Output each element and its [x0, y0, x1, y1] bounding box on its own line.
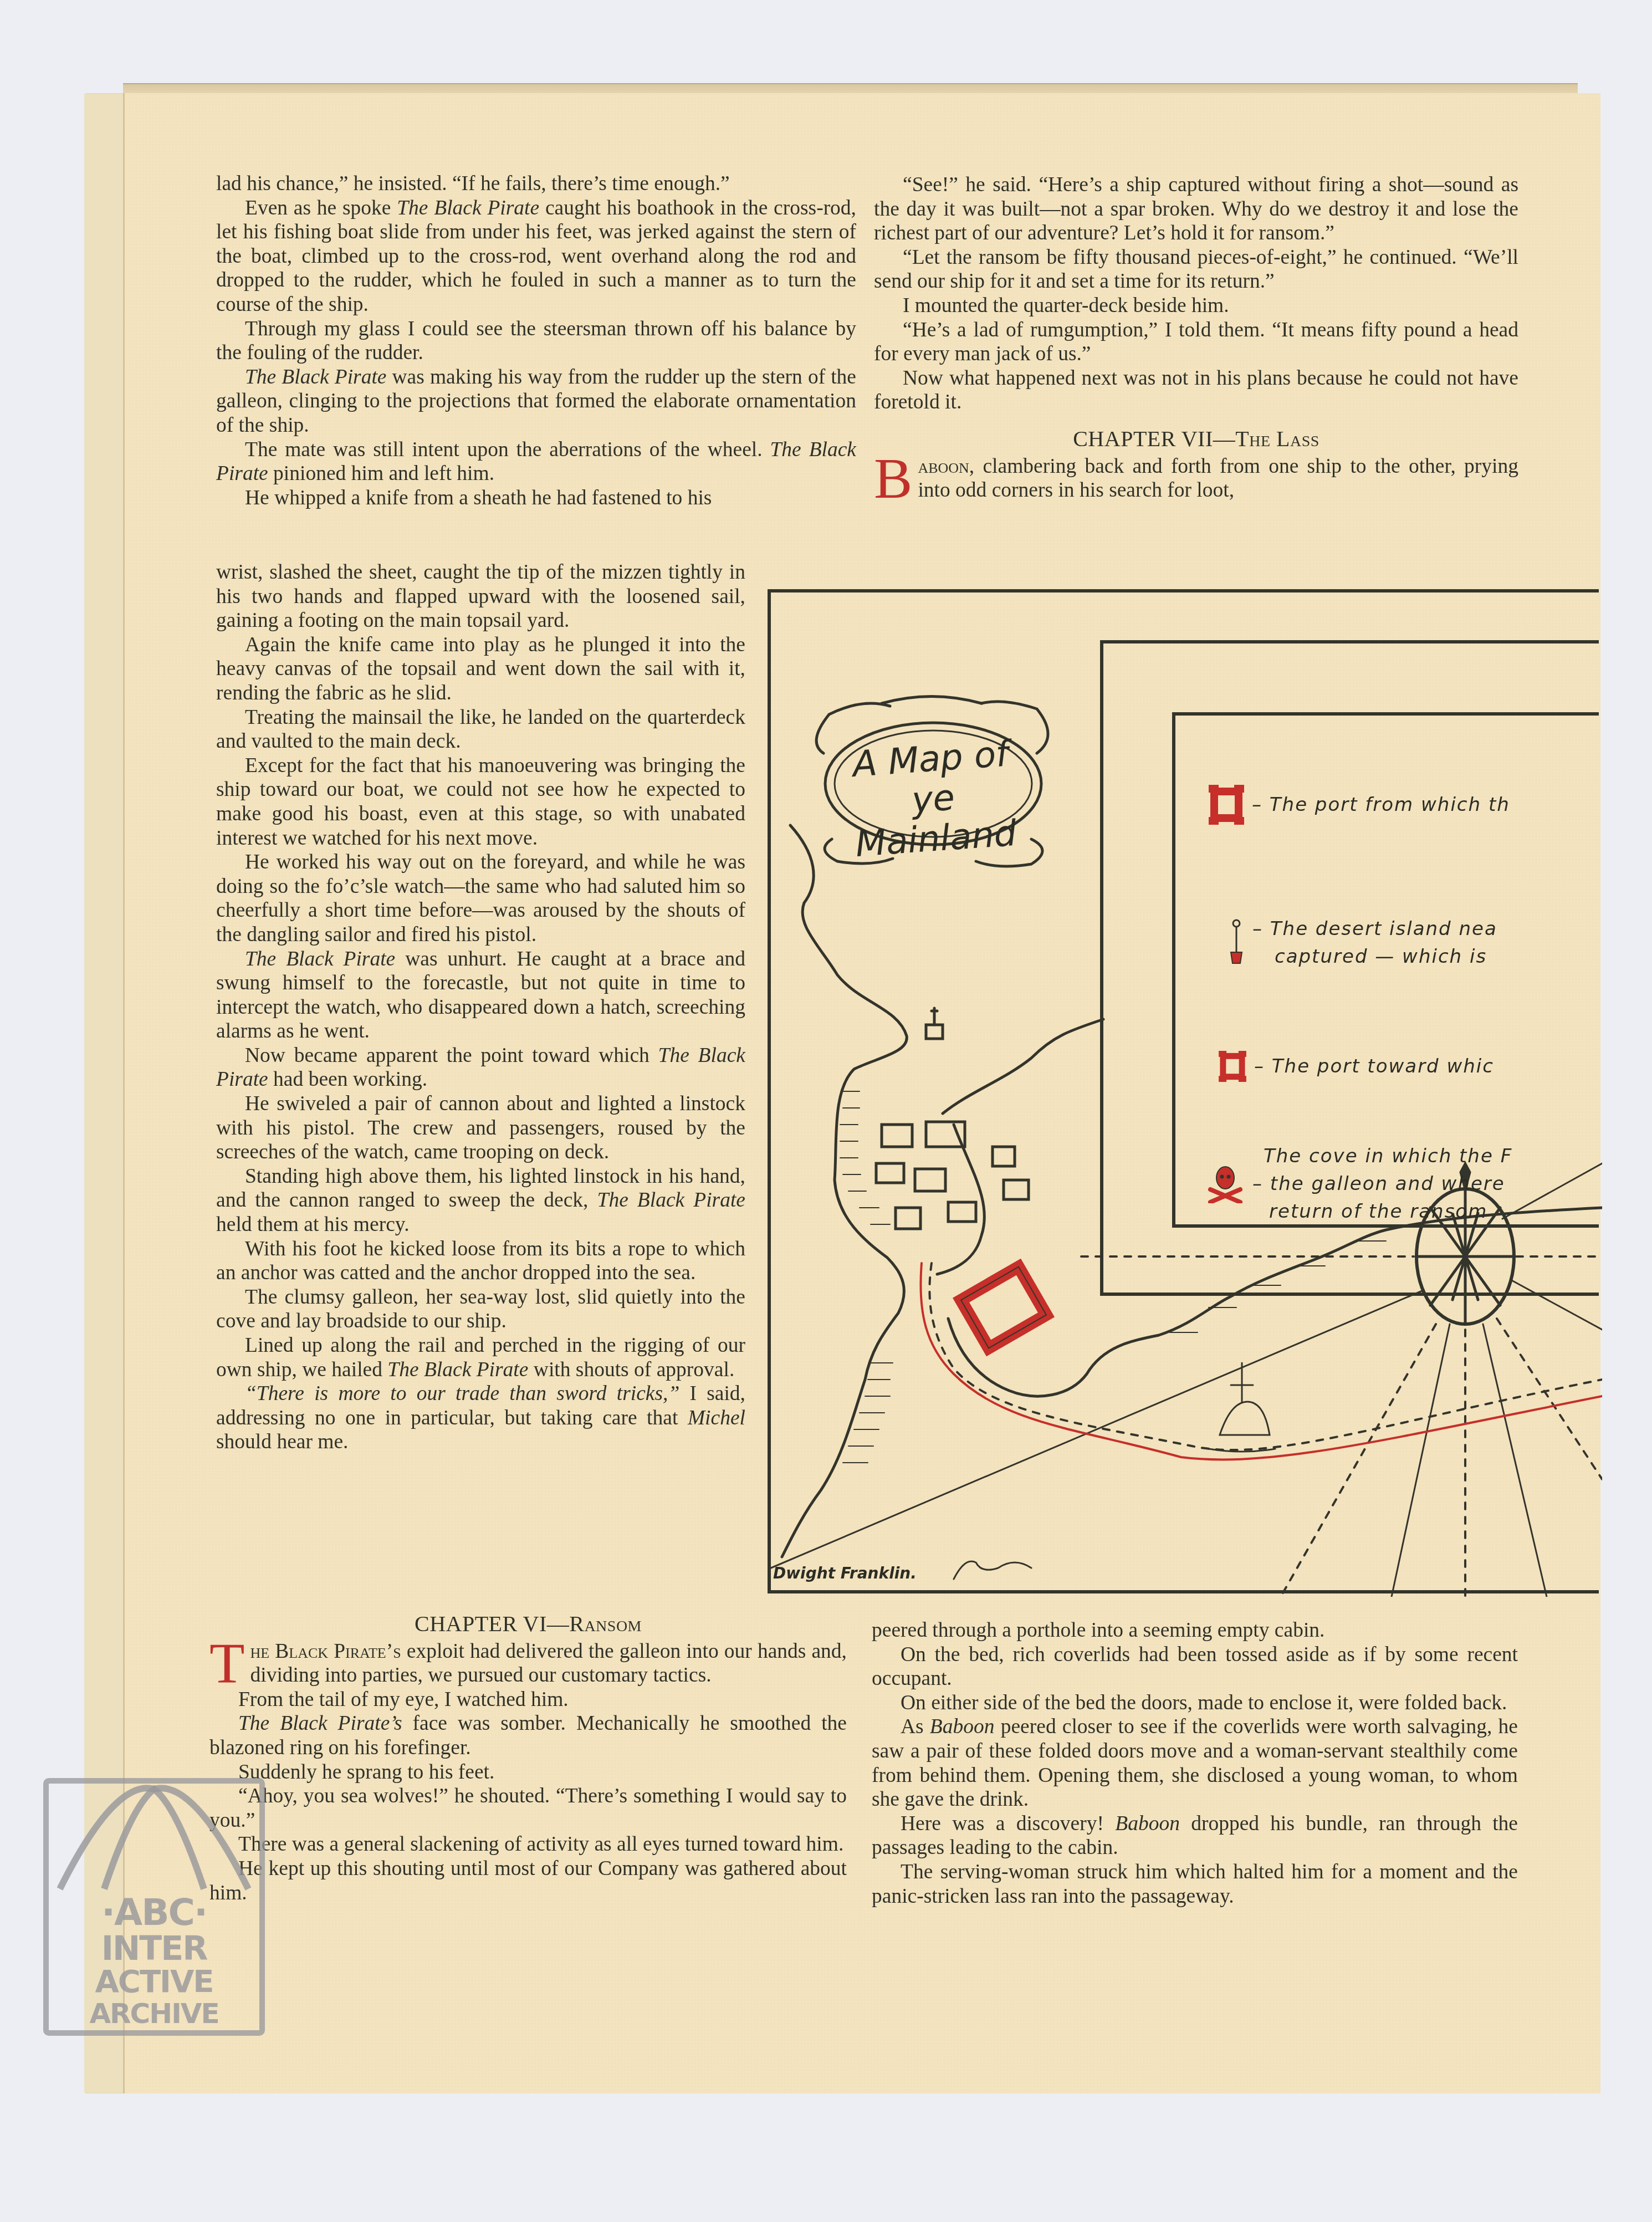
legend-item-port-from: – The port from which th [1209, 785, 1510, 825]
fort-icon [1219, 1051, 1246, 1082]
map-legend: – The port from which th – The desert is… [1172, 712, 1599, 1228]
paragraph: wrist, slashed the sheet, caught the tip… [216, 560, 745, 633]
chapter-vi-lead-paragraph: The Black Pirate’s exploit had delivered… [209, 1639, 847, 1688]
column-left-top: lad his chance,” he insisted. “If he fai… [216, 172, 856, 510]
drop-cap-b: B [874, 457, 912, 501]
paragraph: “He’s a lad of rumgumption,” I told them… [874, 318, 1518, 366]
paragraph: He whipped a knife from a sheath he had … [216, 486, 856, 510]
paragraph: peered through a porthole into a seeming… [872, 1618, 1518, 1643]
shovel-icon [1228, 918, 1245, 968]
fort-icon [1209, 785, 1244, 825]
paragraph: The mate was still intent upon the aberr… [216, 438, 856, 486]
abc-interactive-archive-watermark: ·ABC· INTER ACTIVE ARCHIVE [43, 1778, 265, 2036]
paragraph: Standing high above them, his lighted li… [216, 1164, 745, 1237]
paragraph: Again the knife came into play as he plu… [216, 633, 745, 706]
red-fort-icon [961, 1267, 1046, 1348]
paragraph: Except for the fact that his manoeuverin… [216, 754, 745, 850]
sea-serpent-icon [954, 1561, 1031, 1579]
column-right-top: “See!” he said. “Here’s a ship captured … [874, 173, 1518, 503]
paragraph: Through my glass I could see the steersm… [216, 317, 856, 365]
paragraph: As Baboon peered closer to see if the co… [872, 1715, 1518, 1811]
paragraph: From the tail of my eye, I watched him. [209, 1688, 847, 1712]
paragraph: Here was a discovery! Baboon dropped his… [872, 1812, 1518, 1860]
paragraph: On either side of the bed the doors, mad… [872, 1691, 1518, 1715]
paragraph: “Let the ransom be fifty thousand pieces… [874, 246, 1518, 294]
chapter-vii-lead-paragraph: Baboon, clambering back and forth from o… [874, 454, 1518, 503]
paragraph: lad his chance,” he insisted. “If he fai… [216, 172, 856, 196]
paragraph: He worked his way out on the foreyard, a… [216, 850, 745, 947]
column-right-top-body: “See!” he said. “Here’s a ship captured … [874, 173, 1518, 415]
chapter-vi-heading: CHAPTER VI—Ransom [209, 1612, 847, 1636]
paragraph: Now became apparent the point toward whi… [216, 1044, 745, 1092]
paragraph: On the bed, rich coverlids had been toss… [872, 1643, 1518, 1691]
map-title: A Map of ye Mainland [832, 733, 1034, 866]
paragraph: The Black Pirate was unhurt. He caught a… [216, 947, 745, 1044]
paragraph: He swiveled a pair of cannon about and l… [216, 1092, 745, 1164]
legend-item-cove: The cove in which the F – the galleon an… [1206, 1142, 1512, 1225]
legend-item-port-toward: – The port toward whic [1219, 1051, 1494, 1082]
paragraph: The Black Pirate was making his way from… [216, 365, 856, 438]
chapter-vi-body: From the tail of my eye, I watched him.T… [209, 1688, 847, 1905]
paragraph: Treating the mainsail the like, he lande… [216, 706, 745, 754]
column-left-narrow: wrist, slashed the sheet, caught the tip… [216, 560, 745, 1454]
artist-signature: Dwight Franklin. [773, 1564, 917, 1582]
paragraph: “See!” he said. “Here’s a ship captured … [874, 173, 1518, 246]
paragraph: The serving-woman struck him which halte… [872, 1860, 1518, 1908]
paragraph: The clumsy galleon, her sea-way lost, sl… [216, 1285, 745, 1334]
paragraph: With his foot he kicked loose from its b… [216, 1237, 745, 1285]
paragraph: “There is more to our trade than sword t… [216, 1382, 745, 1454]
paragraph: There was a general slackening of activi… [209, 1832, 847, 1857]
paragraph: The Black Pirate’s face was somber. Mech… [209, 1712, 847, 1760]
paragraph: Even as he spoke The Black Pirate caught… [216, 196, 856, 317]
drop-cap-t: T [209, 1642, 245, 1686]
legend-item-desert-island: – The desert island nea captured — which… [1228, 915, 1497, 970]
column-right-bottom: peered through a porthole into a seeming… [872, 1618, 1518, 1908]
paragraph: “Ahoy, you sea wolves!” he shouted. “The… [209, 1784, 847, 1832]
paragraph: Suddenly he sprang to his feet. [209, 1760, 847, 1785]
paragraph: I mounted the quarter-deck beside him. [874, 294, 1518, 318]
paragraph: Lined up along the rail and perched in t… [216, 1334, 745, 1382]
paragraph: He kept up this shouting until most of o… [209, 1857, 847, 1905]
skull-crossbones-icon [1206, 1164, 1245, 1203]
arch-logo-icon [49, 1784, 259, 1894]
chapter-vi-section: CHAPTER VI—Ransom The Black Pirate’s exp… [209, 1601, 847, 1905]
galleon-icon [1209, 1363, 1275, 1452]
paragraph: Now what happened next was not in his pl… [874, 366, 1518, 415]
chapter-vii-heading: CHAPTER VII—The Lass [874, 427, 1518, 451]
